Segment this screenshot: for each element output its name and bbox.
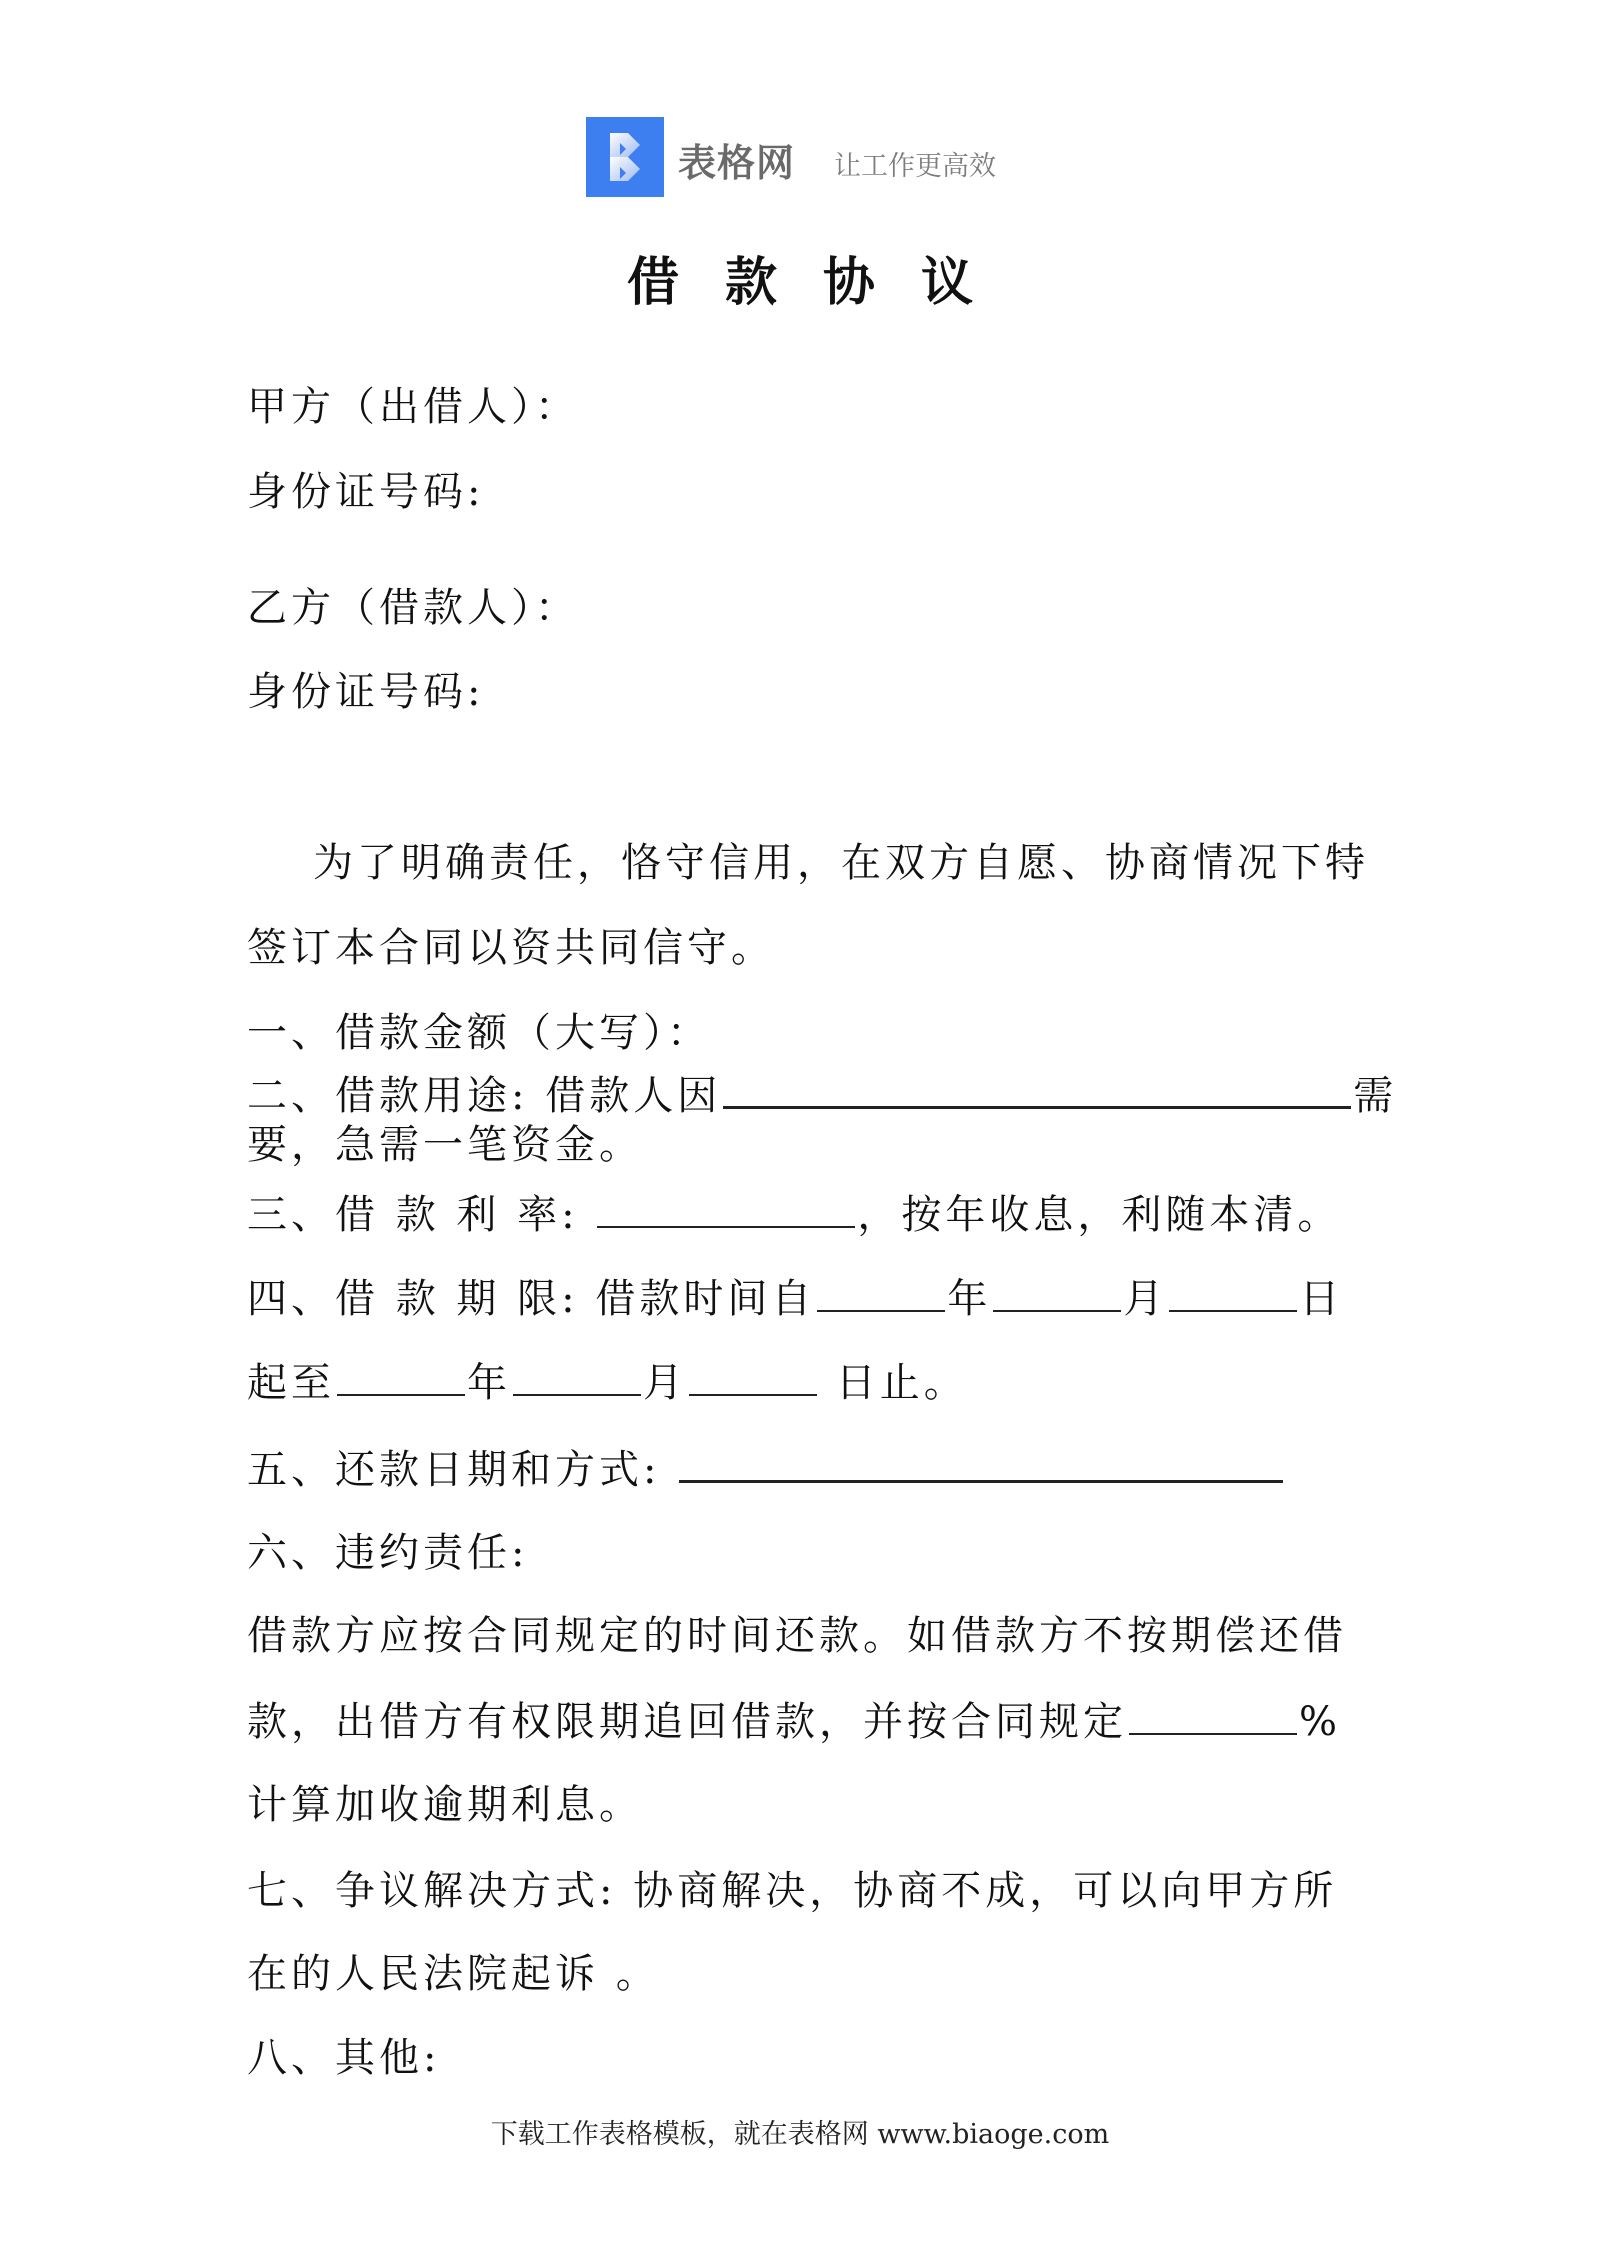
clause-1-loan-amount: 一、借款金额（大写）： [247,1008,711,1058]
clause-6-line-2: 款，出借方有权限期追回借款，并按合同规定% [247,1697,1341,1747]
year-label: 年 [947,1276,991,1322]
end-day-blank[interactable] [689,1358,817,1396]
preamble-line-1: 为了明确责任，恪守信用，在双方自愿、协商情况下特 [313,838,1369,888]
party-b-id-label: 身份证号码: [247,667,484,717]
party-a-id-label: 身份证号码: [247,467,484,517]
end-month-blank[interactable] [513,1358,641,1396]
clause-3-prefix: 三、借 款 利 率: [247,1192,579,1238]
clause-8-other: 八、其他: [247,2033,440,2083]
day-label: 日 [1299,1276,1343,1322]
party-b-label: 乙方（借款人）： [247,583,579,633]
percent-sign: % [1299,1699,1341,1745]
clause-5-repayment: 五、还款日期和方式: [247,1444,1285,1495]
brand-slogan: 让工作更高效 [834,144,996,183]
document-title: 借款协议 [0,240,1600,315]
clause-3-suffix: ，按年收息，利随本清。 [857,1192,1341,1238]
start-day-blank[interactable] [1169,1274,1297,1312]
preamble-line-2: 签订本合同以资共同信守。 [247,923,775,973]
clause-4-line-2: 起至年月 日止。 [247,1358,968,1408]
start-year-blank[interactable] [817,1274,945,1312]
clause-3-interest-rate: 三、借 款 利 率: ，按年收息，利随本清。 [247,1190,1341,1240]
party-a-label: 甲方（出借人）： [247,382,579,432]
end-year-blank[interactable] [337,1358,465,1396]
clause-2-prefix: 二、借款用途: 借款人因 [247,1073,721,1119]
brand-name: 表格网 [678,132,795,187]
logo-b-glyph-icon [606,131,644,183]
loan-purpose-blank[interactable] [723,1070,1351,1109]
clause-7-line-1: 七、争议解决方式: 协商解决，协商不成，可以向甲方所 [247,1866,1337,1916]
clause-6-title: 六、违约责任: [247,1528,528,1578]
month-label: 月 [1123,1276,1167,1322]
repayment-method-blank[interactable] [679,1444,1283,1483]
year-label: 年 [467,1360,511,1406]
footer-text: 下载工作表格模板，就在表格网 www.biaoge.com [0,2112,1600,2151]
start-month-blank[interactable] [993,1274,1121,1312]
biaoge-logo-icon [586,117,664,197]
interest-rate-blank[interactable] [597,1190,855,1228]
clause-2-suffix: 需 [1353,1073,1397,1119]
clause-6-line-2-prefix: 款，出借方有权限期追回借款，并按合同规定 [247,1699,1127,1745]
month-label: 月 [643,1360,687,1406]
day-end-label: 日止。 [836,1360,968,1406]
clause-6-line-3: 计算加收逾期利息。 [247,1780,643,1830]
clause-6-line-1: 借款方应按合同规定的时间还款。如借款方不按期偿还借 [247,1611,1347,1661]
clause-4-loan-term: 四、借 款 期 限: 借款时间自年月日 [247,1274,1343,1324]
clause-4-prefix: 四、借 款 期 限: 借款时间自 [247,1276,815,1322]
clause-5-label: 五、还款日期和方式: [247,1447,660,1493]
clause-2-loan-purpose: 二、借款用途: 借款人因需 [247,1070,1397,1121]
clause-7-line-2: 在的人民法院起诉 。 [247,1949,660,1999]
clause-2-line-2: 要，急需一笔资金。 [247,1120,643,1170]
penalty-rate-blank[interactable] [1129,1697,1297,1735]
until-label: 起至 [247,1360,335,1406]
